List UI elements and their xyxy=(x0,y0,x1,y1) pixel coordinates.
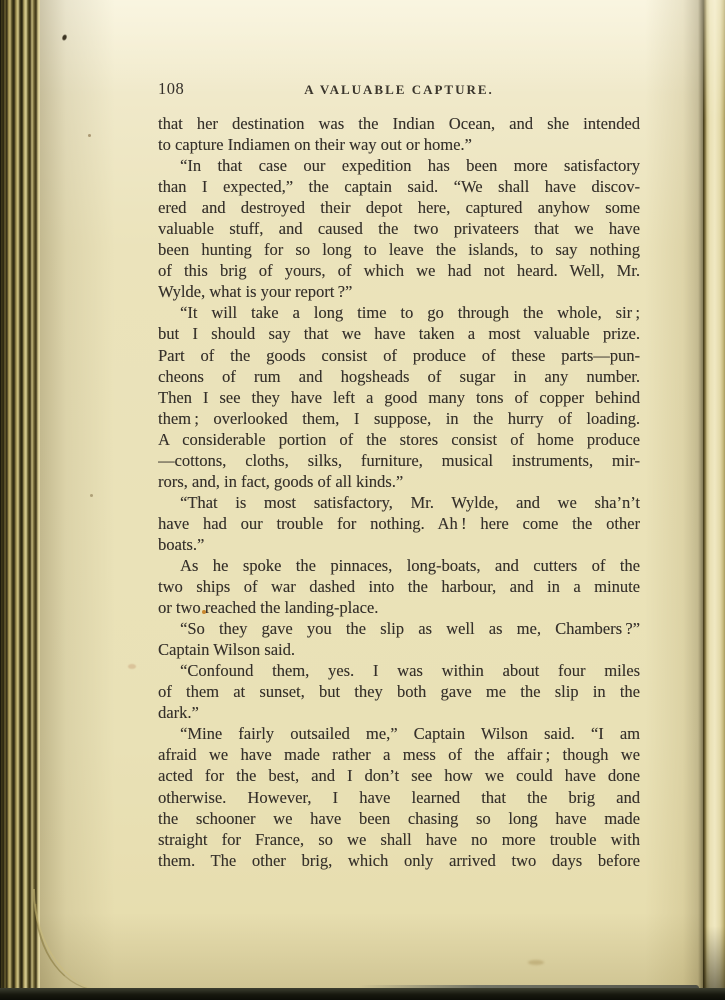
page-corner-curl xyxy=(35,904,103,991)
book-photo: 108 A VALUABLE CAPTURE. that her destina… xyxy=(0,0,725,1000)
text-line: “That is most satisfactory, Mr. Wylde, a… xyxy=(158,492,640,513)
text-line: —cottons, cloths, silks, furniture, musi… xyxy=(158,450,640,471)
text-line: that her destination was the Indian Ocea… xyxy=(158,113,640,134)
text-line: Wylde, what is your report ?” xyxy=(158,281,640,302)
right-page-edge xyxy=(703,0,725,996)
page-header: 108 A VALUABLE CAPTURE. xyxy=(158,79,640,101)
text-line: dark.” xyxy=(158,702,640,723)
left-page-edges xyxy=(0,0,40,1000)
text-line: afraid we have made rather a mess of the… xyxy=(158,744,640,765)
text-block: that her destination was the Indian Ocea… xyxy=(158,113,640,871)
page-corner-curl xyxy=(33,889,117,994)
text-line: otherwise. However, I have learned that … xyxy=(158,787,640,808)
text-line: “So they gave you the slip as well as me… xyxy=(158,618,640,639)
text-line: “Confound them, yes. I was within about … xyxy=(158,660,640,681)
paper-speck xyxy=(528,960,544,965)
text-line: two ships of war dashed into the harbour… xyxy=(158,576,640,597)
text-line: rors, and, in fact, goods of all kinds.” xyxy=(158,471,640,492)
text-line: than I expected,” the captain said. “We … xyxy=(158,176,640,197)
text-line: boats.” xyxy=(158,534,640,555)
text-line: “It will take a long time to go through … xyxy=(158,302,640,323)
text-line: straight for France, so we shall have no… xyxy=(158,829,640,850)
text-line: As he spoke the pinnaces, long-boats, an… xyxy=(158,555,640,576)
text-line: have had our trouble for nothing. Ah ! h… xyxy=(158,513,640,534)
paper-speck xyxy=(128,664,136,669)
text-line: but I should say that we have taken a mo… xyxy=(158,323,640,344)
text-line: of them at sunset, but they both gave me… xyxy=(158,681,640,702)
text-line: “In that case our expedition has been mo… xyxy=(158,155,640,176)
text-line: valuable stuff, and caused the two priva… xyxy=(158,218,640,239)
text-line: A considerable portion of the stores con… xyxy=(158,429,640,450)
text-line: them. The other brig, which only arrived… xyxy=(158,850,640,871)
text-line: Captain Wilson said. xyxy=(158,639,640,660)
text-line: or two reached the landing-place. xyxy=(158,597,640,618)
text-line: to capture Indiamen on their way out or … xyxy=(158,134,640,155)
text-line: been hunting for so long to leave the is… xyxy=(158,239,640,260)
text-line: ered and destroyed their depot here, cap… xyxy=(158,197,640,218)
text-line: cheons of rum and hogsheads of sugar in … xyxy=(158,366,640,387)
book-page: 108 A VALUABLE CAPTURE. that her destina… xyxy=(40,0,703,988)
text-line: acted for the best, and I don’t see how … xyxy=(158,765,640,786)
text-line: the schooner we have been chasing so lon… xyxy=(158,808,640,829)
text-line: Part of the goods consist of produce of … xyxy=(158,345,640,366)
text-line: of this brig of yours, of which we had n… xyxy=(158,260,640,281)
running-title: A VALUABLE CAPTURE. xyxy=(304,82,494,98)
book-bottom-edge xyxy=(0,988,725,1000)
text-line: Then I see they have left a good many to… xyxy=(158,387,640,408)
paper-speck xyxy=(61,33,68,41)
page-number: 108 xyxy=(158,79,184,99)
text-line: “Mine fairly outsailed me,” Captain Wils… xyxy=(158,723,640,744)
text-line: them ; overlooked them, I suppose, in th… xyxy=(158,408,640,429)
paper-speck xyxy=(90,494,93,497)
paper-speck xyxy=(88,134,91,137)
